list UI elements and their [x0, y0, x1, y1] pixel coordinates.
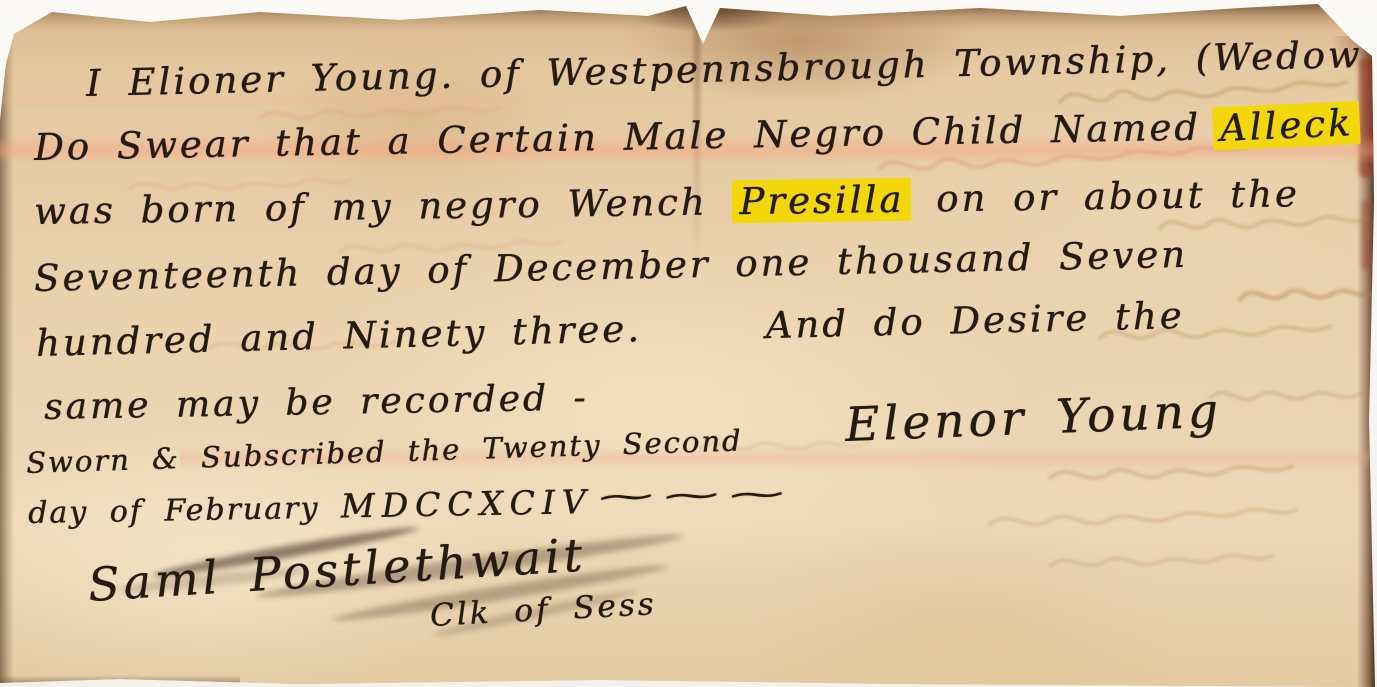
manuscript-line-2: Do Swear that a Certain Male Negro Child… [34, 103, 1361, 169]
signature-elenor-young: Elenor Young [844, 384, 1223, 453]
bottom-edge-shadow [0, 675, 240, 687]
line-2-text: Do Swear that a Certain Male Negro Child… [34, 106, 1202, 169]
line-3-text-post: on or about the [911, 172, 1300, 220]
torn-top-edge-shadow [0, 0, 1377, 30]
manuscript-line-6: same may be recorded - [44, 377, 589, 427]
manuscript-line-3: was born of my negro Wench Presilla on o… [34, 172, 1300, 233]
left-edge-shadow [0, 30, 14, 687]
manuscript-paper: I Elioner Young. of Westpennsbrough Town… [0, 0, 1377, 687]
highlighted-name-alleck: Alleck [1212, 101, 1361, 150]
roman-numeral-year: MDCCXCIV [340, 482, 592, 525]
top-fold-notch-shadow [610, 0, 810, 52]
manuscript-line-5: hundred and Ninety three. And do Desire … [35, 294, 1185, 365]
right-edge-red-stain [1361, 200, 1371, 270]
manuscript-line-1: I Elioner Young. of Westpennsbrough Town… [86, 33, 1363, 105]
manuscript-line-4: Seventeenth day of December one thousand… [34, 233, 1189, 300]
attestation-line-2: day of February MDCCXCIV~~~ [28, 481, 669, 531]
highlighted-name-presilla: Presilla [732, 178, 912, 223]
scanned-document: I Elioner Young. of Westpennsbrough Town… [0, 0, 1377, 687]
pen-flourish: ~~~ [592, 477, 789, 515]
attestation-line-1: Sworn & Subscribed the Twenty Second [25, 423, 742, 479]
line-3-text-pre: was born of my negro Wench [34, 180, 733, 233]
attestation-date-text: day of February [28, 491, 341, 531]
